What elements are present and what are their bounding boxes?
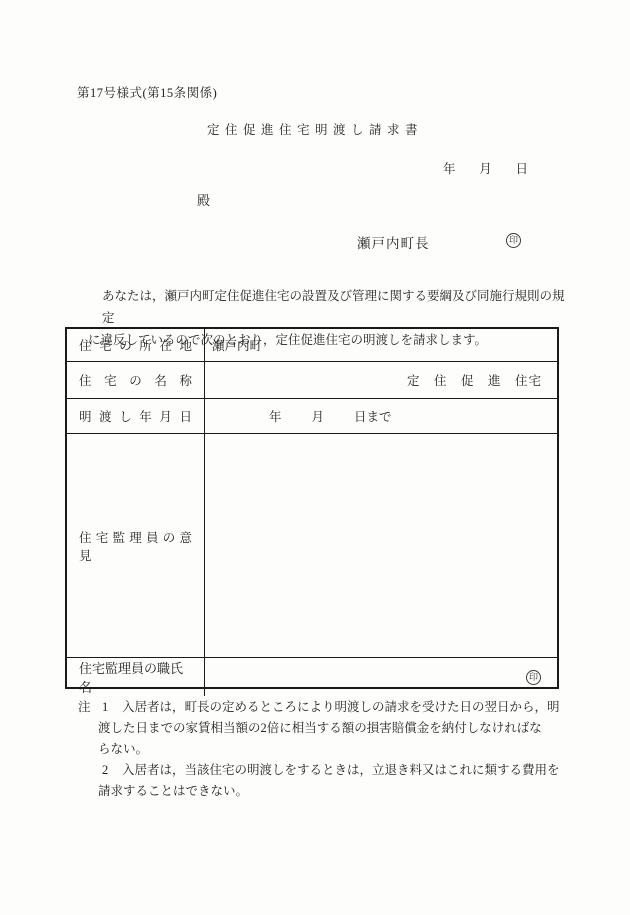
day-label: 日 <box>515 159 528 177</box>
row-label-vacate-date: 明 渡 し 年 月 日 <box>67 398 205 433</box>
form-number: 第17号様式(第15条関係) <box>77 83 217 101</box>
date-line: 年 月 日 <box>443 159 528 177</box>
note-2-line-2: 請求することはできない。 <box>78 781 564 802</box>
year-label: 年 <box>443 159 456 177</box>
row-label-supervisor-opinion: 住 宅 監 理 員 の 意 見 <box>67 433 205 657</box>
row-label-location: 住 宅 の 所 在 地 <box>67 329 205 361</box>
row-value-vacate-date: 年 月 日まで <box>205 398 557 433</box>
row-value-name: 定 住 促 進 住宅 <box>205 361 557 398</box>
note-1-number: 1 <box>102 697 122 718</box>
note-2-line-1: 2 入居者は，当該住宅の明渡しをするときは，立退き料又はこれに類する費用を <box>78 760 564 781</box>
row-label-supervisor-name: 住宅監理員の職氏名 <box>67 657 205 696</box>
document-title: 定住促進住宅明渡し請求書 <box>0 120 630 138</box>
month-label: 月 <box>479 159 492 177</box>
housing-table: 住 宅 の 所 在 地 瀬戸内町 住 宅 の 名 称 定 住 促 進 住宅 明 … <box>65 327 559 689</box>
body-line-1: あなたは，瀬戸内町定住促進住宅の設置及び管理に関する要綱及び同施行規則の規定 <box>88 285 566 329</box>
row-value-supervisor-opinion <box>205 433 557 657</box>
seal-icon: 印 <box>506 233 521 248</box>
row-label-name: 住 宅 の 名 称 <box>67 361 205 398</box>
vacate-year-label: 年 <box>269 407 282 425</box>
addressee-honorific: 殿 <box>197 190 210 209</box>
note-1-line-2: 渡した日までの家賃相当額の2倍に相当する額の損害賠償金を納付しなければな <box>78 718 564 739</box>
row-value-supervisor-name: 印 <box>205 657 557 696</box>
vacate-day-label: 日まで <box>354 407 392 425</box>
note-marker: 注 <box>78 697 102 718</box>
note-2-number: 2 <box>102 760 122 781</box>
vacate-month-label: 月 <box>312 407 325 425</box>
sender-name: 瀬戸内町長 <box>357 232 430 252</box>
note-1-line-3: らない。 <box>78 739 564 760</box>
notes-block: 注 1 入居者は，町長の定めるところにより明渡しの請求を受けた日の翌日から，明 … <box>78 697 564 802</box>
note-1-line-1: 注 1 入居者は，町長の定めるところにより明渡しの請求を受けた日の翌日から，明 <box>78 697 564 718</box>
document-page: 第17号様式(第15条関係) 定住促進住宅明渡し請求書 年 月 日 殿 瀬戸内町… <box>0 0 630 915</box>
row-value-location: 瀬戸内町 <box>205 329 557 361</box>
seal-icon: 印 <box>526 670 541 685</box>
